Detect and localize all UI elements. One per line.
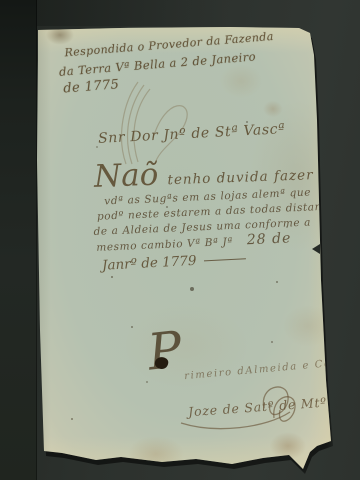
signature-initial-p: P bbox=[145, 324, 184, 377]
body-opening-word: Naõ bbox=[94, 160, 159, 192]
signature-rubric-flourish bbox=[176, 378, 301, 440]
table-top-shade bbox=[36, 0, 360, 26]
body-opening-rest: tenho duvida fazer bbox=[167, 167, 314, 188]
body-line5-end: 28 de bbox=[246, 230, 291, 248]
date-text: Janrº de 1779 bbox=[102, 253, 197, 274]
photo-background: Respondida o Provedor da Fazenda da Terr… bbox=[0, 0, 360, 480]
table-shadow-band bbox=[0, 0, 37, 480]
date-dash-stroke bbox=[203, 258, 245, 261]
body-paragraph: vdª as Sugªs em as lojas alemª que podº … bbox=[92, 185, 330, 256]
manuscript-paper: Respondida o Provedor da Fazenda da Terr… bbox=[36, 26, 332, 472]
